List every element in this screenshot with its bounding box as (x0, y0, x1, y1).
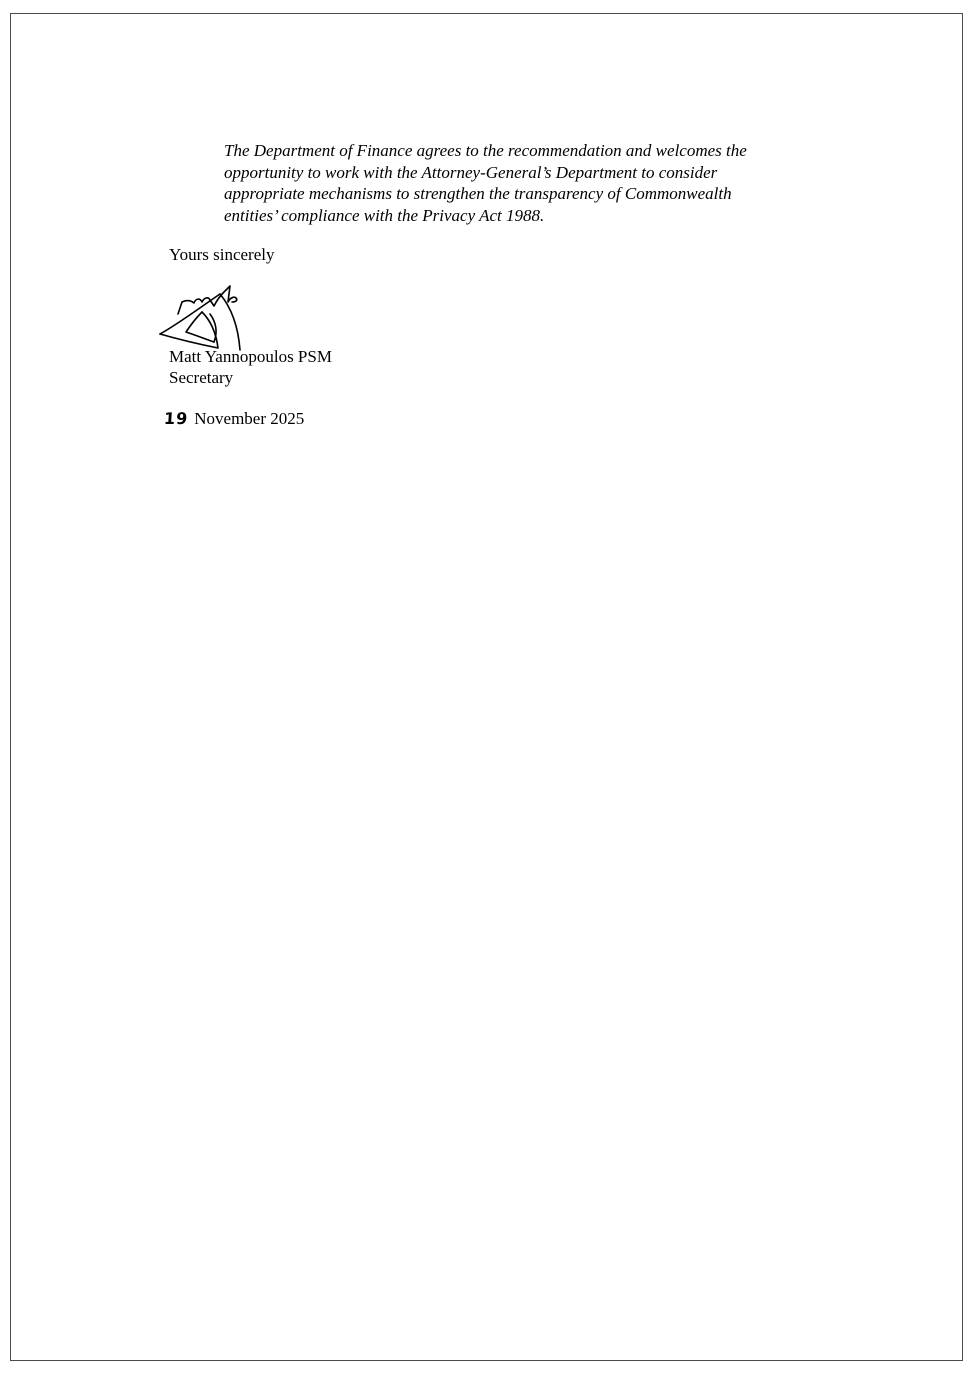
signatory-block: Matt Yannopoulos PSM Secretary (169, 346, 332, 388)
response-quote: The Department of Finance agrees to the … (224, 140, 804, 226)
signatory-name: Matt Yannopoulos PSM (169, 346, 332, 367)
handwritten-day: 19 (163, 409, 189, 429)
letter-date: 19November 2025 (164, 409, 304, 429)
quote-line: entities’ compliance with the Privacy Ac… (224, 205, 804, 227)
closing-salutation: Yours sincerely (169, 245, 274, 265)
quote-line: opportunity to work with the Attorney-Ge… (224, 162, 804, 184)
date-month-year: November 2025 (194, 409, 304, 428)
quote-line: appropriate mechanisms to strengthen the… (224, 183, 804, 205)
quote-line: The Department of Finance agrees to the … (224, 140, 804, 162)
signatory-title: Secretary (169, 367, 332, 388)
